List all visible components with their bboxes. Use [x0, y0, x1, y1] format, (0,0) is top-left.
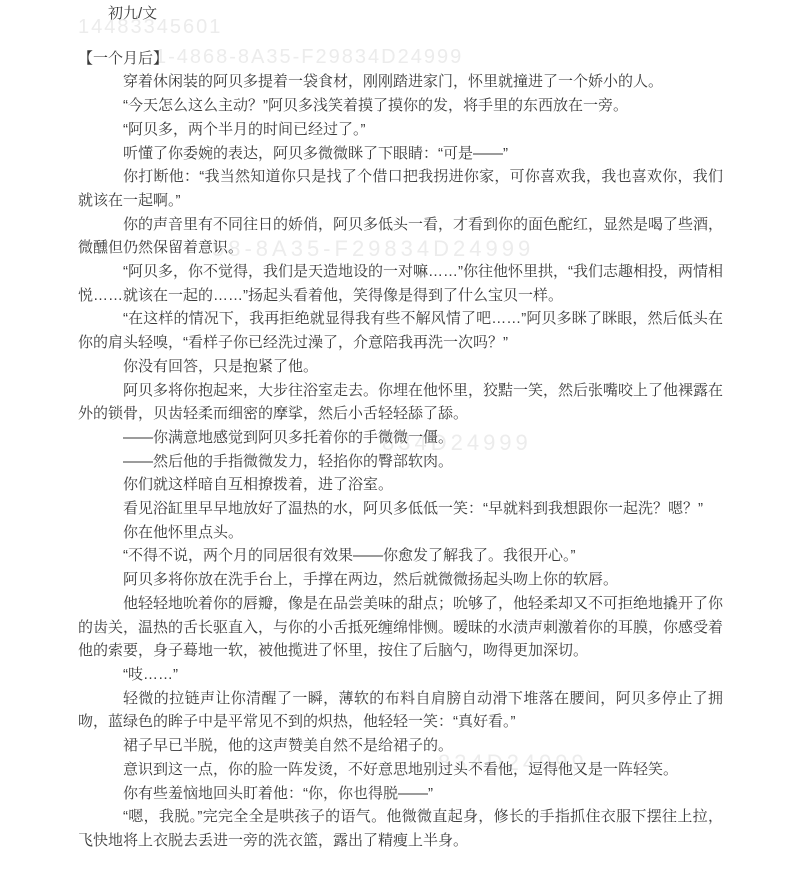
paragraph: “嗯，我脱。”完完全全是哄孩子的语气。他微微直起身，修长的手指抓住衣服下摆往上拉… — [78, 805, 723, 852]
paragraph: ——你满意地感觉到阿贝多托着你的手微微一僵。 — [78, 426, 723, 450]
paragraph: 听懂了你委婉的表达，阿贝多微微眯了下眼睛：“可是——” — [78, 142, 723, 166]
paragraph: 看见浴缸里早早地放好了温热的水，阿贝多低低一笑：“早就料到我想跟你一起洗？嗯？” — [78, 497, 723, 521]
paragraph: 你的声音里有不同往日的娇俏，阿贝多低头一看，才看到你的面色酡红，显然是喝了些酒，… — [78, 213, 723, 260]
paragraph: 轻微的拉链声让你清醒了一瞬，薄软的布料自肩膀自动滑下堆落在腰间，阿贝多停止了拥吻… — [78, 687, 723, 734]
paragraph: 你们就这样暗自互相撩拨着，进了浴室。 — [78, 473, 723, 497]
paragraph: 他轻轻地吮着你的唇瓣，像是在品尝美味的甜点；吮够了，他轻柔却又不可拒绝地撬开了你… — [78, 592, 723, 663]
story-text: 初九/文 【一个月后】 穿着休闲装的阿贝多提着一袋食材，刚刚踏进家门，怀里就撞进… — [0, 0, 799, 853]
paragraph: “阿贝多，两个半月的时间已经过了。” — [78, 118, 723, 142]
paragraph: “不得不说，两个月的同居很有效果——你愈发了解我了。我很开心。” — [78, 544, 723, 568]
paragraph: 意识到这一点，你的脸一阵发烫，不好意思地别过头不看他，逗得他又是一阵轻笑。 — [78, 758, 723, 782]
paragraph: 阿贝多将你抱起来，大步往浴室走去。你埋在他怀里，狡黠一笑，然后张嘴咬上了他裸露在… — [78, 379, 723, 426]
paragraph: “在这样的情况下，我再拒绝就显得我有些不解风情了吧……”阿贝多眯了眯眼，然后低头… — [78, 307, 723, 354]
paragraph: 阿贝多将你放在洗手台上，手撑在两边，然后就微微扬起头吻上你的软唇。 — [78, 568, 723, 592]
paragraph: 你在他怀里点头。 — [78, 521, 723, 545]
paragraph: “今天怎么这么主动？”阿贝多浅笑着摸了摸你的发，将手里的东西放在一旁。 — [78, 94, 723, 118]
byline: 初九/文 — [78, 2, 723, 26]
paragraph: 你有些羞恼地回头盯着他：“你，你也得脱——” — [78, 782, 723, 806]
paragraph: ——然后他的手指微微发力，轻掐你的臀部软肉。 — [78, 450, 723, 474]
document-page: 14483345601 1-4868-8A35-F29834D24999 58-… — [0, 0, 799, 872]
paragraph: “阿贝多，你不觉得，我们是天造地设的一对嘛……”你往他怀里拱，“我们志趣相投，两… — [78, 260, 723, 307]
paragraph: 裙子早已半脱，他的这声赞美自然不是给裙子的。 — [78, 734, 723, 758]
paragraph: 你打断他：“我当然知道你只是找了个借口把我拐进你家，可你喜欢我，我也喜欢你，我们… — [78, 165, 723, 212]
paragraph: 穿着休闲装的阿贝多提着一袋食材，刚刚踏进家门，怀里就撞进了一个娇小的人。 — [78, 70, 723, 94]
section-header: 【一个月后】 — [78, 47, 723, 71]
paragraph: “吱……” — [78, 663, 723, 687]
paragraph: 你没有回答，只是抱紧了他。 — [78, 355, 723, 379]
